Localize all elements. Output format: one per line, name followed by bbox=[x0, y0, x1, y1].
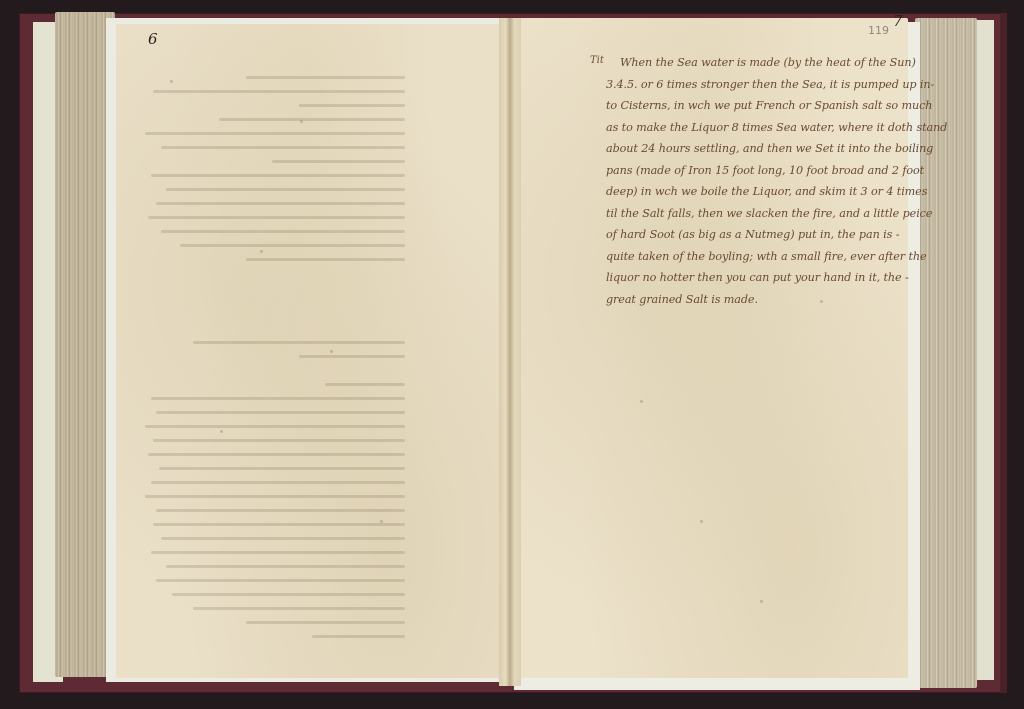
folio-number: 119 bbox=[868, 24, 889, 37]
manuscript-line: quite taken of the boyling; wth a small … bbox=[606, 246, 911, 268]
manuscript-line: to Cisterns, in wch we put French or Spa… bbox=[606, 95, 911, 117]
manuscript-line: great grained Salt is made. bbox=[606, 289, 911, 311]
manuscript-line: deep) in wch we boile the Liquor, and sk… bbox=[606, 181, 911, 203]
page-number-left: 6 bbox=[148, 30, 158, 48]
page-edges-right bbox=[915, 18, 977, 688]
show-through-text bbox=[140, 70, 405, 266]
book-cover-edge bbox=[1000, 13, 1007, 693]
manuscript-line: about 24 hours settling, and then we Set… bbox=[606, 138, 911, 160]
margin-note: Tit bbox=[590, 55, 604, 66]
manuscript-line: When the Sea water is made (by the heat … bbox=[606, 52, 911, 74]
manuscript-text: When the Sea water is made (by the heat … bbox=[606, 52, 911, 310]
manuscript-line: 3.4.5. or 6 times stronger then the Sea,… bbox=[606, 74, 911, 96]
manuscript-line: liquor no hotter then you can put your h… bbox=[606, 267, 911, 289]
book-gutter bbox=[499, 18, 521, 686]
show-through-text bbox=[140, 335, 405, 643]
manuscript-line: pans (made of Iron 15 foot long, 10 foot… bbox=[606, 160, 911, 182]
manuscript-line: as to make the Liquor 8 times Sea water,… bbox=[606, 117, 911, 139]
manuscript-line: til the Salt falls, then we slacken the … bbox=[606, 203, 911, 225]
manuscript-line: of hard Soot (as big as a Nutmeg) put in… bbox=[606, 224, 911, 246]
page-number-right: 7 bbox=[893, 12, 903, 30]
